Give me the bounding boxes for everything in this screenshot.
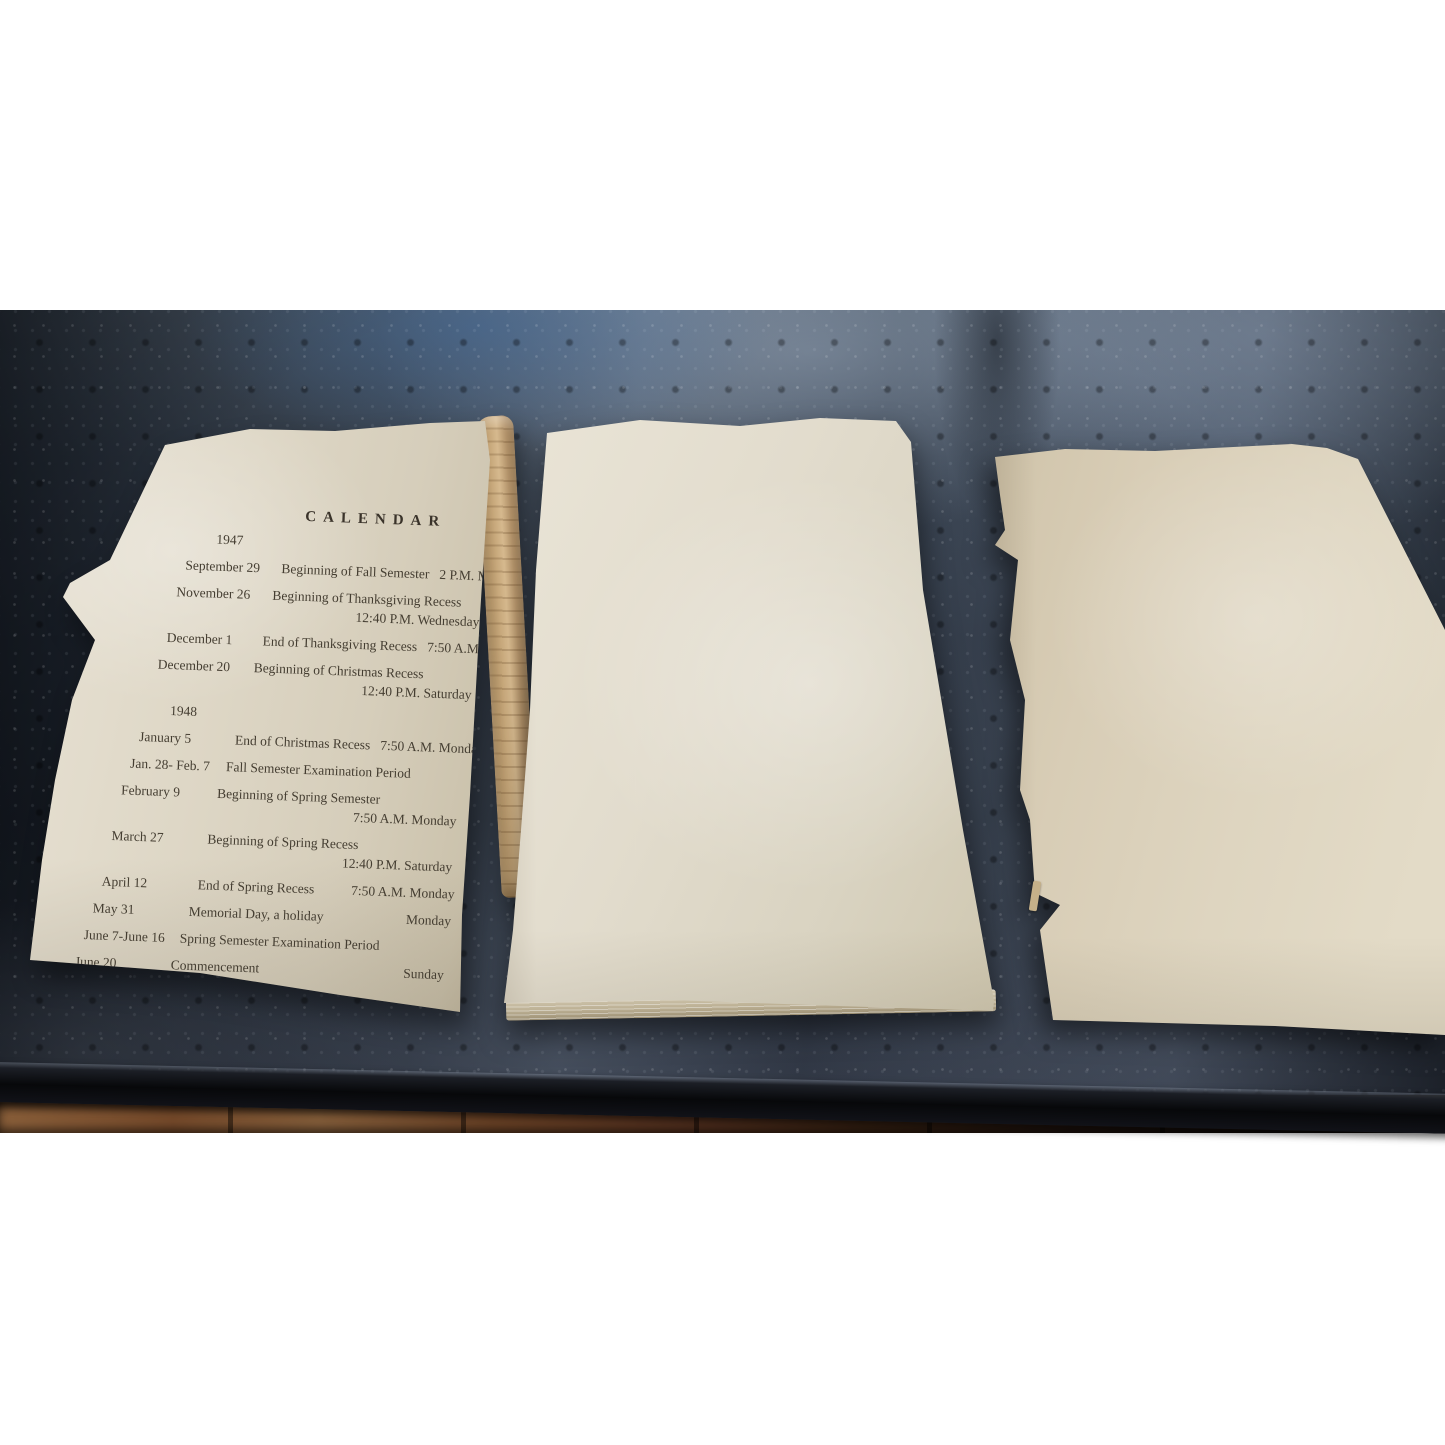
booklet-middle-blank-cover xyxy=(490,410,1005,1060)
calendar-event: Beginning of Fall Semester xyxy=(281,560,430,582)
calendar-date: June 7-June 16 xyxy=(84,926,173,946)
calendar-date: Jan. 28- Feb. 7 xyxy=(130,755,219,775)
calendar-date: March 27 xyxy=(111,827,200,847)
calendar-row: June 7-June 16 Spring Semester Examinati… xyxy=(55,925,485,958)
calendar-date: December 1 xyxy=(166,629,255,649)
calendar-text-block: CALENDAR 1947 September 29 Beginning of … xyxy=(53,500,500,994)
calendar-date: February 9 xyxy=(121,781,210,801)
calendar-date: June 20 xyxy=(75,953,164,973)
calendar-time: Monday xyxy=(406,911,452,930)
calendar-page: CALENDAR 1947 September 29 Beginning of … xyxy=(20,415,530,1030)
calendar-year-label: 1948 xyxy=(63,698,493,731)
calendar-time: 7:50 A.M. Monday xyxy=(351,882,455,903)
calendar-event: End of Christmas Recess xyxy=(235,731,371,753)
calendar-date: December 20 xyxy=(157,656,246,676)
booklet-right-torn-cover xyxy=(975,435,1445,1047)
calendar-row: April 12 End of Spring Recess 7:50 A.M. … xyxy=(57,871,487,904)
calendar-row: January 5 End of Christmas Recess 7:50 A… xyxy=(62,725,492,758)
calendar-date: April 12 xyxy=(101,873,190,893)
calendar-row: June 20 Commencement Sunday xyxy=(54,952,484,985)
staple-remnant xyxy=(1029,881,1042,912)
calendar-row: December 1 End of Thanksgiving Recess 7:… xyxy=(66,625,496,658)
calendar-time: Sunday xyxy=(403,965,444,983)
calendar-row: September 29 Beginning of Fall Semester … xyxy=(68,552,498,585)
torn-blank-cover xyxy=(975,435,1445,1047)
calendar-event: End of Thanksgiving Recess xyxy=(262,632,417,655)
calendar-rows: 1947 September 29 Beginning of Fall Seme… xyxy=(54,525,500,984)
booklet-left-open-calendar: CALENDAR 1947 September 29 Beginning of … xyxy=(20,415,530,1030)
calendar-date: September 29 xyxy=(185,557,274,577)
calendar-event: Fall Semester Examination Period xyxy=(226,758,411,782)
calendar-event: Memorial Day, a holiday xyxy=(188,903,323,925)
calendar-date: May 31 xyxy=(93,899,182,919)
calendar-date: November 26 xyxy=(176,583,265,603)
calendar-row: May 31 Memorial Day, a holiday Monday xyxy=(56,898,486,931)
blank-cover xyxy=(490,410,1005,1060)
calendar-event: Spring Semester Examination Period xyxy=(179,930,379,954)
calendar-event: End of Spring Recess xyxy=(197,876,314,897)
calendar-event: Commencement xyxy=(170,956,259,976)
calendar-year-label: 1947 xyxy=(69,525,499,558)
calendar-row: Jan. 28- Feb. 7 Fall Semester Examinatio… xyxy=(61,752,491,785)
calendar-time: 7:50 A.M. Monday xyxy=(380,737,484,758)
calendar-date: January 5 xyxy=(139,728,228,748)
photo-backdrop: CALENDAR 1947 September 29 Beginning of … xyxy=(0,0,1445,1445)
